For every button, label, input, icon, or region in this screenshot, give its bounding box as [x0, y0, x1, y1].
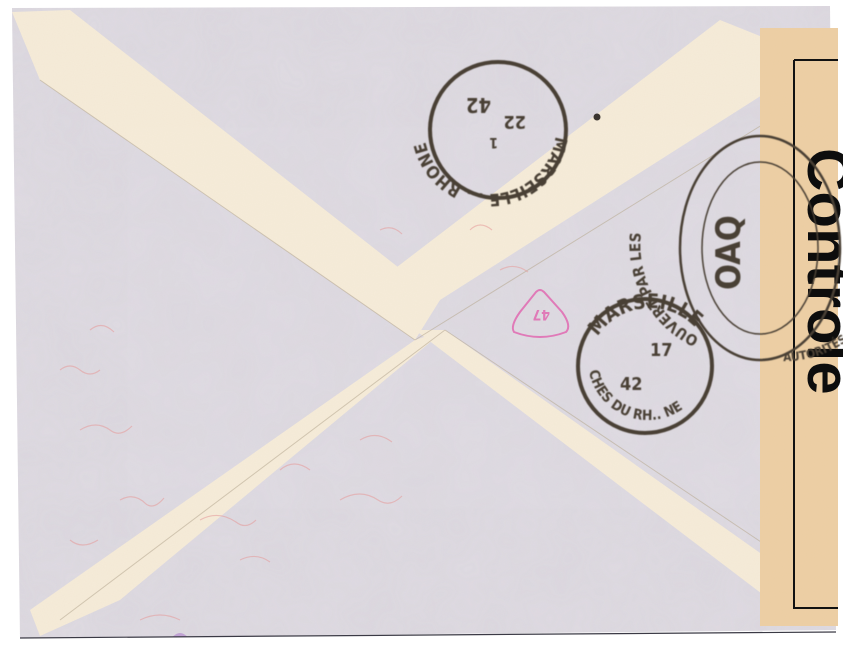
postmark-bottom-day: 17 [650, 340, 673, 361]
ink-spot [594, 114, 601, 121]
postmark-bottom-year: 42 [620, 374, 643, 395]
postmark-top-day: 22 [503, 111, 526, 132]
postmark-top-year: 42 [466, 93, 491, 117]
pink-handstamp-number: 47 [532, 306, 550, 322]
envelope-photo: Contrôle MARSEILLE ... RHONE 22 1 42 MAR… [0, 0, 843, 650]
envelope [0, 0, 843, 650]
postmark-top-month: 1 [489, 134, 498, 150]
censor-tape: Contrôle [760, 28, 843, 626]
censor-handstamp-code: OAQ [709, 215, 749, 290]
